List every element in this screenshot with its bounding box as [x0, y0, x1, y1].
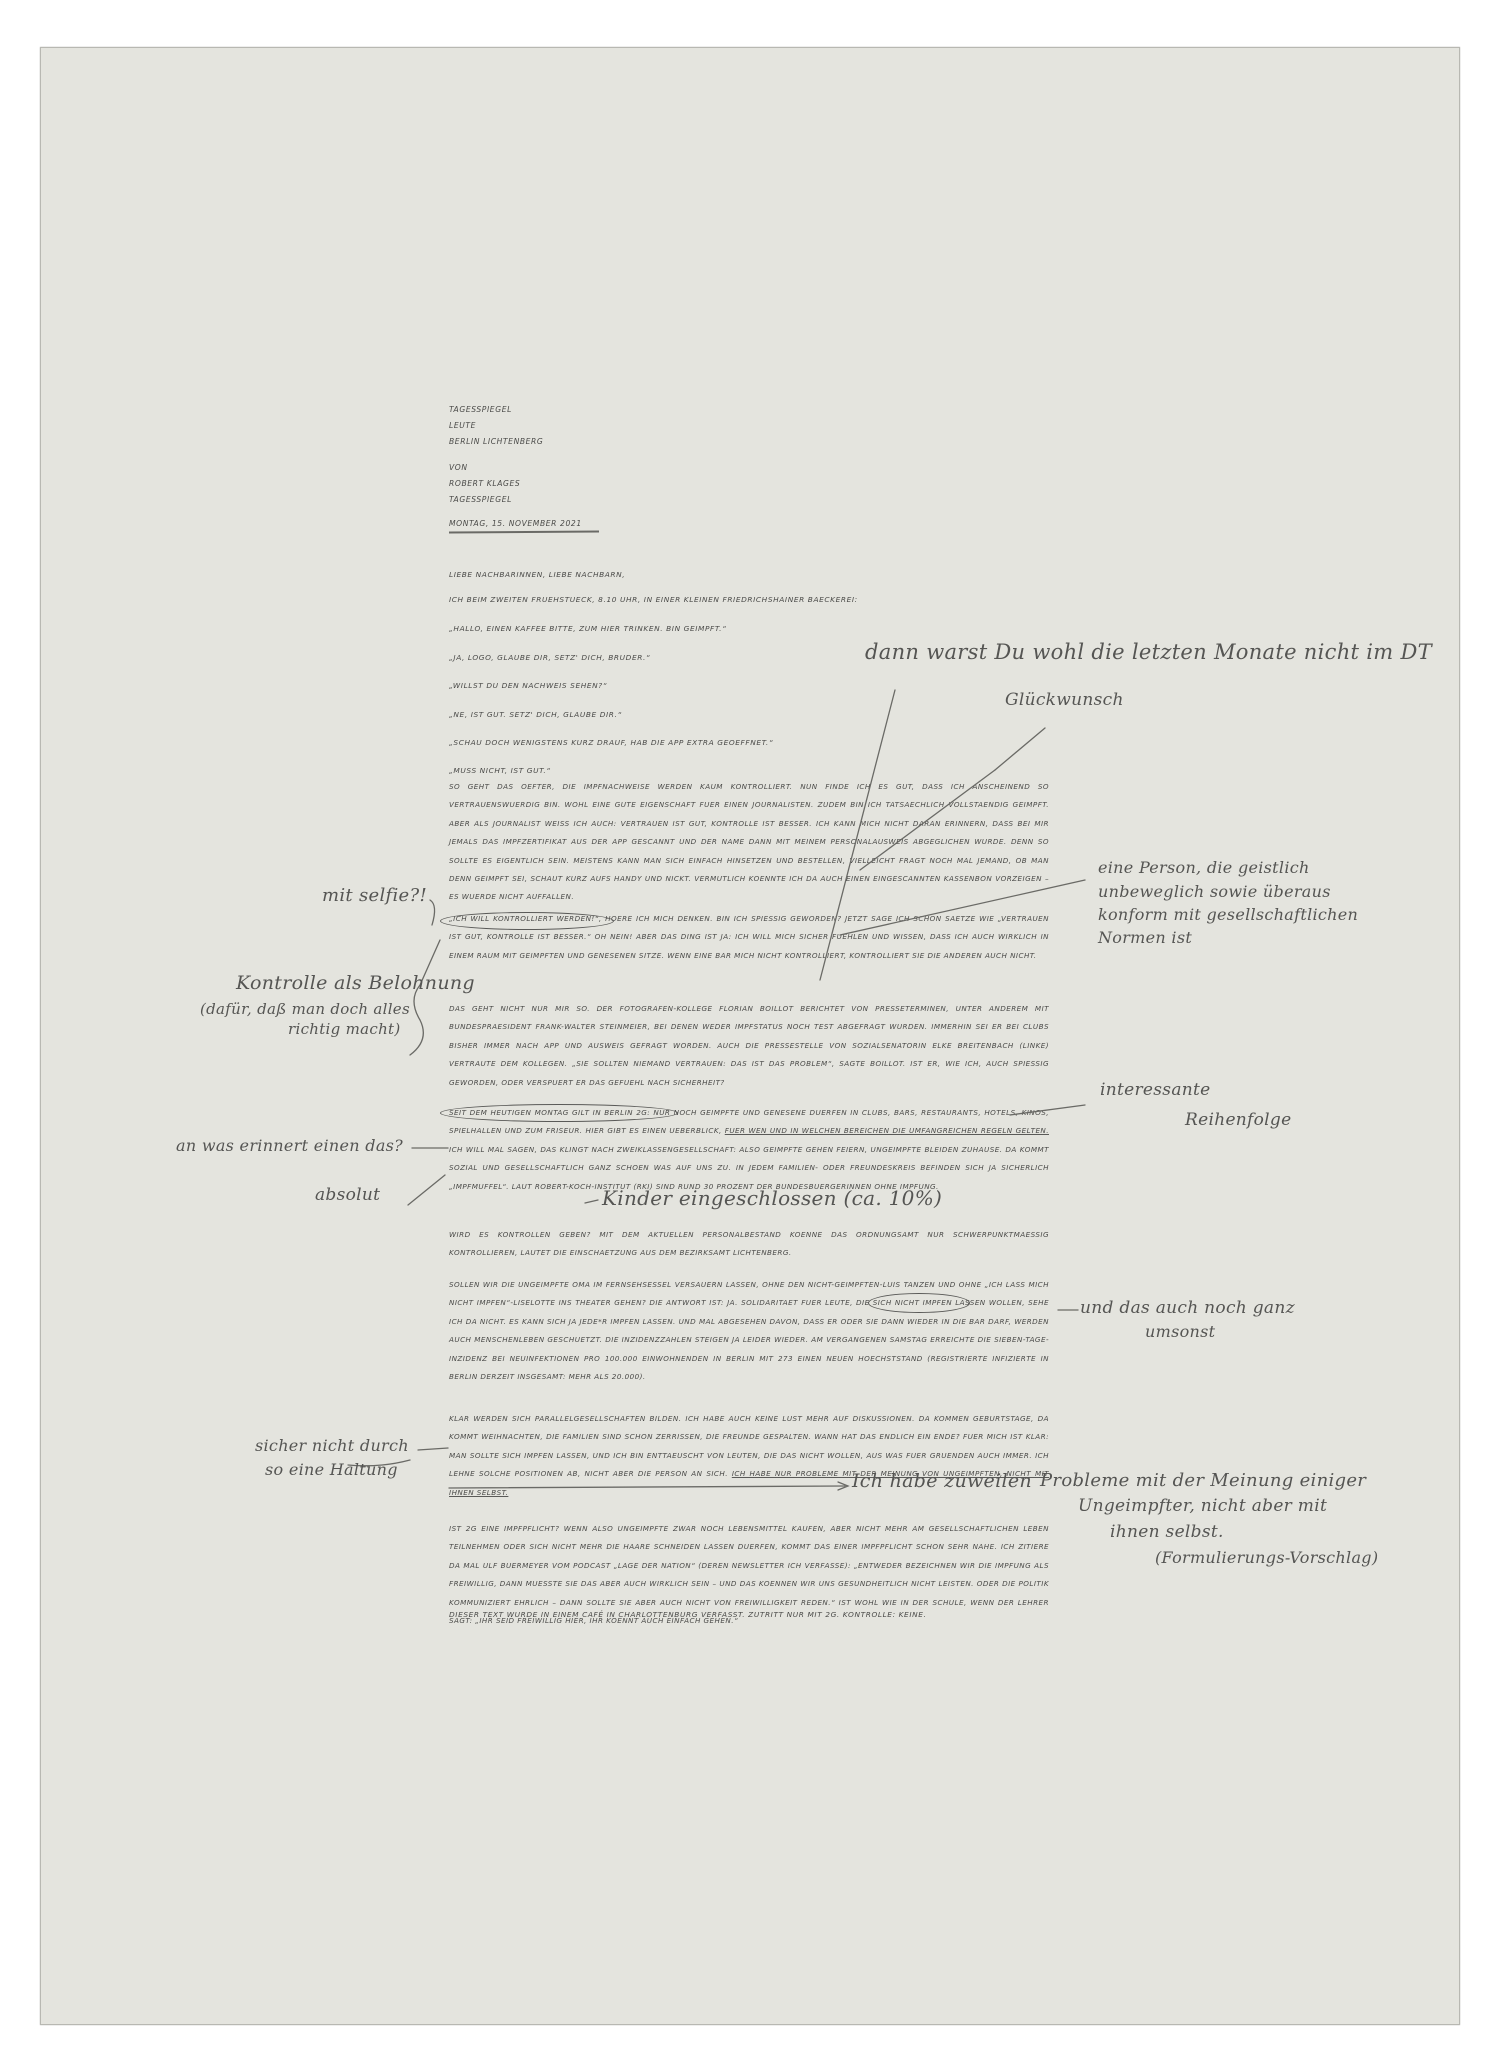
header-date: Montag, 15. November 2021 — [449, 519, 582, 528]
annotation-umsonst: umsonst — [1145, 1322, 1215, 1341]
annotation-person-line: konform mit gesellschaftlichen — [1098, 905, 1358, 924]
dialogue-line: „Schau doch wenigstens kurz drauf, hab d… — [449, 738, 773, 747]
annotation-person-line: eine Person, die geistlich — [1098, 858, 1310, 877]
header-author-outlet: Tagesspiegel — [449, 495, 512, 504]
header-district: Berlin Lichtenberg — [449, 437, 543, 446]
annotation-glueckwunsch: Glückwunsch — [1005, 690, 1124, 710]
annotation-haltung: so eine Haltung — [265, 1460, 398, 1479]
annotation-person-line: Normen ist — [1098, 928, 1192, 947]
paragraph-1: So geht das oefter, die Impfnachweise we… — [449, 778, 1049, 907]
annotation-umsonst: und das auch noch ganz — [1080, 1298, 1295, 1318]
annotation-reihenfolge: Reihenfolge — [1185, 1110, 1291, 1130]
dialogue-line: „Willst du den Nachweis sehen?“ — [449, 681, 607, 690]
dialogue-line: „Hallo, einen Kaffee bitte, zum hier tri… — [449, 624, 727, 633]
paragraph-6: Sollen wir die ungeimpfte Oma im Fernseh… — [449, 1276, 1049, 1386]
circled-phrase: Die Antwort ist: Ja. — [649, 1298, 738, 1307]
paragraph-5: Wird es Kontrollen geben? Mit dem aktuel… — [449, 1226, 1049, 1263]
intro-line: ich beim zweiten Fruehstueck, 8.10 Uhr, … — [449, 595, 858, 604]
pencil-oval — [440, 912, 614, 930]
header-author: Robert Klages — [449, 479, 520, 488]
annotation-erinnert: an was erinnert einen das? — [176, 1136, 403, 1155]
annotation-zuweilen: Ich habe zuweilen — [852, 1470, 1032, 1492]
annotation-dt: dann warst Du wohl die letzten Monate ni… — [865, 640, 1432, 664]
underlined-phrase: fuer wen und in welchen Bereichen die um… — [725, 1126, 1049, 1135]
header-publication: Tagesspiegel — [449, 405, 512, 414]
annotation-probleme: ihnen selbst. — [1110, 1522, 1224, 1542]
annotation-selfie: mit selfie?! — [322, 885, 427, 906]
annotation-absolut: absolut — [315, 1185, 380, 1205]
annotation-kontrolle: Kontrolle als Belohnung — [236, 972, 475, 994]
header-by: von — [449, 463, 468, 472]
dialogue-line: „Muss nicht, ist gut.“ — [449, 766, 551, 775]
annotation-probleme: Ungeimpfter, nicht aber mit — [1078, 1496, 1327, 1516]
annotation-probleme: (Formulierungs-Vorschlag) — [1155, 1548, 1378, 1567]
annotation-kinder: Kinder eingeschlossen (ca. 10%) — [602, 1186, 942, 1210]
annotation-person-line: unbeweglich sowie überaus — [1098, 882, 1331, 901]
annotation-kontrolle: (dafür, daß man doch alles — [200, 1000, 410, 1018]
paragraph-3: Das geht nicht nur mir so. Der Fotografe… — [449, 1000, 1049, 1092]
annotation-probleme: Probleme mit der Meinung einiger — [1040, 1470, 1366, 1491]
salutation: Liebe Nachbarinnen, liebe Nachbarn, — [449, 570, 625, 579]
dialogue-line: „Ja, logo, glaube dir, setz' dich, Brude… — [449, 653, 650, 662]
annotation-haltung: sicher nicht durch — [255, 1436, 409, 1455]
pencil-oval — [868, 1293, 970, 1313]
annotation-kontrolle: richtig macht) — [288, 1020, 401, 1038]
footer-note: Dieser Text wurde in einem Café in Charl… — [449, 1610, 926, 1619]
annotation-reihenfolge: interessante — [1100, 1080, 1211, 1100]
dialogue-line: „Ne, ist gut. Setz' dich, glaube dir.“ — [449, 710, 622, 719]
pencil-oval — [440, 1104, 678, 1122]
header-section: Leute — [449, 421, 476, 430]
